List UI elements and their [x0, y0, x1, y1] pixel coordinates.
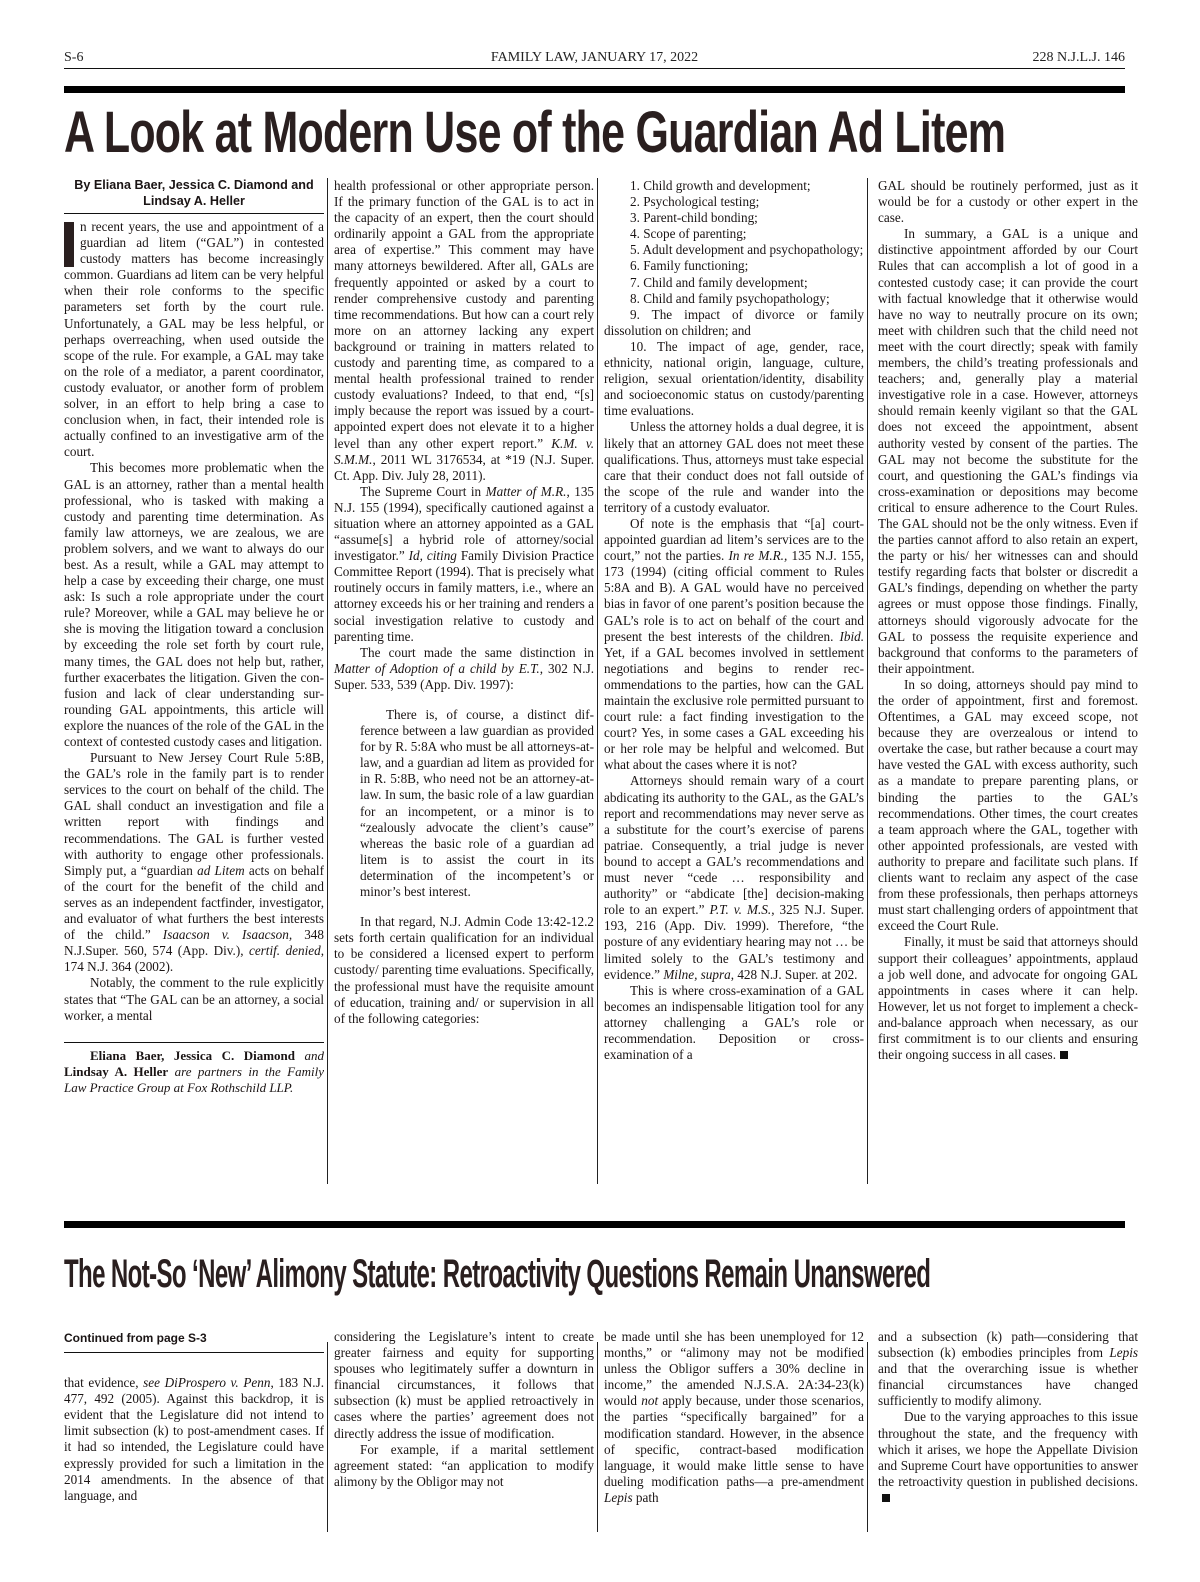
paragraph: In so doing, attorneys should pay mind t… — [878, 677, 1138, 935]
journal-citation: 228 N.J.L.J. 146 — [1032, 50, 1125, 66]
paragraph: In that regard, N.J. Admin Code 13:42-12… — [334, 914, 594, 1027]
article1-column-3: 1. Child growth and development; 2. Psyc… — [604, 178, 864, 1063]
list-item: 9. The impact of divorce or family disso… — [604, 307, 864, 339]
column-divider — [867, 1342, 868, 1532]
article1-column-4: GAL should be routinely performed, just … — [878, 178, 1138, 1063]
paragraph: Pursuant to New Jersey Court Rule 5:8B, … — [64, 750, 324, 975]
qualification-list: 1. Child growth and development; 2. Psyc… — [604, 178, 864, 419]
paragraph: Of note is the emphasis that “[a] court-… — [604, 516, 864, 774]
paragraph: In summary, a GAL is a unique and distin… — [878, 226, 1138, 677]
article2-column-2: considering the Legislature’s intent to … — [334, 1329, 594, 1490]
article2-column-1: Continued from page S-3 that evidence, s… — [64, 1330, 324, 1504]
paragraph: Attorneys should remain wary of a court … — [604, 773, 864, 982]
column-divider — [327, 178, 328, 1184]
paragraph: The court made the same distinc­tion in … — [334, 645, 594, 693]
headline-top-rule — [64, 86, 1125, 93]
paragraph: Unless the attorney holds a dual degree,… — [604, 419, 864, 516]
paragraph: Notably, the comment to the rule explici… — [64, 975, 324, 1023]
list-item: 8. Child and family psychopathology; — [604, 291, 864, 307]
list-item: 5. Adult development and psychopa­tholog… — [604, 242, 864, 258]
page-folio: S-6 FAMILY LAW, JANUARY 17, 2022 228 N.J… — [64, 50, 1125, 68]
column-divider — [597, 1342, 598, 1532]
article1-column-2: health professional or other appropri­at… — [334, 178, 594, 1027]
end-of-article-mark — [1060, 1051, 1068, 1059]
article-headline: A Look at Modern Use of the Guardian Ad … — [64, 98, 1130, 168]
byline-line-1: By Eliana Baer, Jessica C. Diamond and — [64, 178, 324, 194]
column-divider — [597, 178, 598, 1184]
paragraph: This is where cross-examination of a GAL… — [604, 983, 864, 1063]
block-quote: There is, of course, a distinct dif­fere… — [360, 707, 594, 900]
column-divider — [327, 1342, 328, 1532]
paragraph: be made until she has been unemployed fo… — [604, 1329, 864, 1506]
byline: By Eliana Baer, Jessica C. Diamond and L… — [64, 178, 324, 214]
continued-from-label: Continued from page S-3 — [64, 1330, 324, 1353]
end-of-article-mark — [882, 1494, 890, 1502]
section-date: FAMILY LAW, JANUARY 17, 2022 — [64, 50, 1125, 66]
article1-column-1: By Eliana Baer, Jessica C. Diamond and L… — [64, 178, 324, 1096]
paragraph: For example, if a marital settlement agr… — [334, 1442, 594, 1490]
paragraph: that evidence, see DiProspero v. Penn, 1… — [64, 1375, 324, 1504]
list-item: 1. Child growth and development; — [604, 178, 864, 194]
folio-rule — [64, 68, 1125, 69]
list-item: 7. Child and family development; — [604, 275, 864, 291]
article2-top-rule — [64, 1221, 1125, 1228]
paragraph: In recent years, the use and appointment… — [64, 219, 324, 460]
list-item: 2. Psychological testing; — [604, 194, 864, 210]
paragraph: health professional or other appropri­at… — [334, 178, 594, 484]
paragraph: This becomes more problematic when the G… — [64, 460, 324, 750]
paragraph: GAL should be routinely performed, just … — [878, 178, 1138, 226]
paragraph: considering the Legislature’s intent to … — [334, 1329, 594, 1442]
column-divider — [867, 178, 868, 1184]
author-bio: Eliana Baer, Jessica C. Diamond and Lind… — [64, 1042, 324, 1096]
paragraph: The Supreme Court in Matter of M.R., 135… — [334, 484, 594, 645]
dropcap: I — [64, 222, 74, 267]
list-item: 6. Family functioning; — [604, 258, 864, 274]
paragraph: Due to the varying approaches to this is… — [878, 1409, 1138, 1506]
byline-line-2: Lindsay A. Heller — [64, 194, 324, 210]
list-item: 3. Parent-child bonding; — [604, 210, 864, 226]
article2-headline: The Not-So ‘New’ Alimony Statute: Retroa… — [64, 1248, 1132, 1300]
list-item: 10. The impact of age, gender, race, eth… — [604, 339, 864, 419]
article2-column-4: and a subsection (k) path—considering th… — [878, 1329, 1138, 1506]
paragraph: and a subsection (k) path—considering th… — [878, 1329, 1138, 1409]
article2-column-3: be made until she has been unemployed fo… — [604, 1329, 864, 1506]
list-item: 4. Scope of parenting; — [604, 226, 864, 242]
paragraph: Finally, it must be said that attorneys … — [878, 934, 1138, 1063]
